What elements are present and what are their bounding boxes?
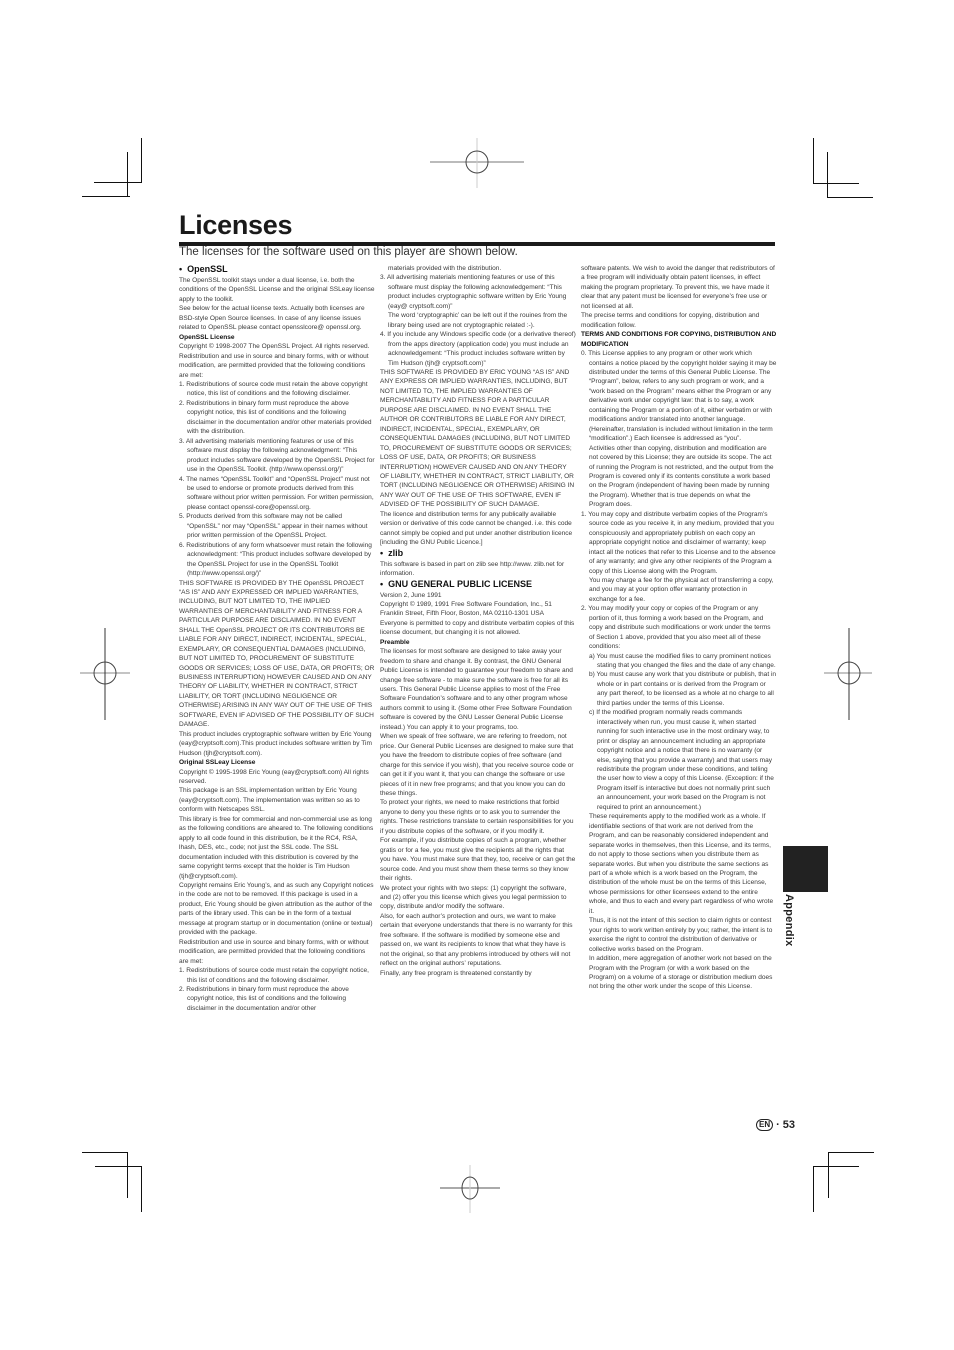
paragraph: This package is an SSL implementation wr… xyxy=(179,786,375,814)
registration-mark-left xyxy=(80,628,130,722)
paragraph: software patents. We wish to avoid the d… xyxy=(581,264,777,311)
list-item: 2. You may modify your copy or copies of… xyxy=(581,604,777,651)
paragraph: We protect your rights with two steps: (… xyxy=(380,884,576,912)
subsection-heading: Original SSLeay License xyxy=(179,758,375,767)
list-item: 0. This License applies to any program o… xyxy=(581,349,777,444)
paragraph: Also, for each author’s protection and o… xyxy=(380,912,576,969)
paragraph: This software is based in part on zlib s… xyxy=(380,560,576,579)
paragraph: The licenses for most software are desig… xyxy=(380,647,576,732)
section-heading: GNU GENERAL PUBLIC LICENSE xyxy=(380,579,576,590)
list-item: 3. All advertising materials mentioning … xyxy=(380,273,576,311)
text-column-1: OpenSSLThe OpenSSL toolkit stays under a… xyxy=(179,264,375,1013)
subsection-heading: TERMS AND CONDITIONS FOR COPYING, DISTRI… xyxy=(581,330,777,349)
paragraph: When we speak of free software, we are r… xyxy=(380,732,576,798)
paragraph: This library is free for commercial and … xyxy=(179,815,375,881)
paragraph: The OpenSSL toolkit stays under a dual l… xyxy=(179,276,375,304)
list-item: a) You must cause the modified files to … xyxy=(581,652,777,671)
paragraph: Copyright remains Eric Young’s, and as s… xyxy=(179,881,375,938)
page-separator: · xyxy=(776,1119,780,1131)
list-item: 6. Redistributions of any form whatsoeve… xyxy=(179,541,375,579)
page-number: 53 xyxy=(783,1119,795,1131)
page-footer: EN · 53 xyxy=(756,1119,795,1131)
paragraph: This product includes cryptographic soft… xyxy=(179,730,375,758)
registration-mark-bottom xyxy=(440,1165,510,1213)
language-badge: EN xyxy=(756,1119,773,1131)
list-item: 4. If you include any Windows specific c… xyxy=(380,330,576,368)
list-item: 5. Products derived from this software m… xyxy=(179,512,375,540)
paragraph: Redistribution and use in source and bin… xyxy=(179,352,375,380)
text-column-3: software patents. We wish to avoid the d… xyxy=(581,264,777,992)
appendix-tab-text: Appendix xyxy=(783,894,795,947)
page-title: Licenses xyxy=(179,210,292,241)
paragraph: You may charge a fee for the physical ac… xyxy=(581,576,777,604)
paragraph: THIS SOFTWARE IS PROVIDED BY THE OpenSSL… xyxy=(179,579,375,730)
paragraph: The word ‘cryptographic’ can be left out… xyxy=(380,311,576,330)
paragraph: Thus, it is not the intent of this secti… xyxy=(581,916,777,954)
list-item: 2. Redistributions in binary form must r… xyxy=(179,399,375,437)
paragraph: See below for the actual license texts. … xyxy=(179,304,375,332)
paragraph: Redistribution and use in source and bin… xyxy=(179,938,375,966)
list-item: 2. Redistributions in binary form must r… xyxy=(179,985,375,1013)
paragraph: materials provided with the distribution… xyxy=(380,264,576,273)
paragraph: THIS SOFTWARE IS PROVIDED BY ERIC YOUNG … xyxy=(380,368,576,510)
list-item: 1. Redistributions of source code must r… xyxy=(179,380,375,399)
paragraph: Everyone is permitted to copy and distri… xyxy=(380,619,576,638)
appendix-tab-block xyxy=(783,846,828,892)
paragraph: Finally, any free program is threatened … xyxy=(380,969,576,978)
subsection-heading: OpenSSL License xyxy=(179,333,375,342)
paragraph: In addition, mere aggregation of another… xyxy=(581,954,777,992)
list-item: 3. All advertising materials mentioning … xyxy=(179,437,375,475)
section-heading: OpenSSL xyxy=(179,264,375,275)
list-item: 1. Redistributions of source code must r… xyxy=(179,966,375,985)
paragraph: Activities other than copying, distribut… xyxy=(581,444,777,510)
paragraph: To protect your rights, we need to make … xyxy=(380,798,576,836)
list-item: c) If the modified program normally read… xyxy=(581,708,777,812)
paragraph: The precise terms and conditions for cop… xyxy=(581,311,777,330)
registration-mark-right xyxy=(824,628,874,722)
subsection-heading: Preamble xyxy=(380,638,576,647)
paragraph: These requirements apply to the modified… xyxy=(581,812,777,916)
registration-mark-top xyxy=(430,138,524,188)
list-item: 1. You may copy and distribute verbatim … xyxy=(581,510,777,576)
list-item: b) You must cause any work that you dist… xyxy=(581,670,777,708)
paragraph: Copyright © 1989, 1991 Free Software Fou… xyxy=(380,600,576,619)
paragraph: Copyright © 1995-1998 Eric Young (eay@cr… xyxy=(179,768,375,787)
paragraph: Version 2, June 1991 xyxy=(380,591,576,600)
page-subtitle: The licenses for the software used on th… xyxy=(179,246,518,258)
list-item: 4. The names “OpenSSL Toolkit” and “Open… xyxy=(179,475,375,513)
paragraph: The licence and distribution terms for a… xyxy=(380,510,576,548)
paragraph: For example, if you distribute copies of… xyxy=(380,836,576,883)
appendix-tab-label: Appendix xyxy=(783,894,805,964)
text-column-2: materials provided with the distribution… xyxy=(380,264,576,978)
section-heading: zlib xyxy=(380,548,576,559)
paragraph: Copyright © 1998-2007 The OpenSSL Projec… xyxy=(179,342,375,351)
